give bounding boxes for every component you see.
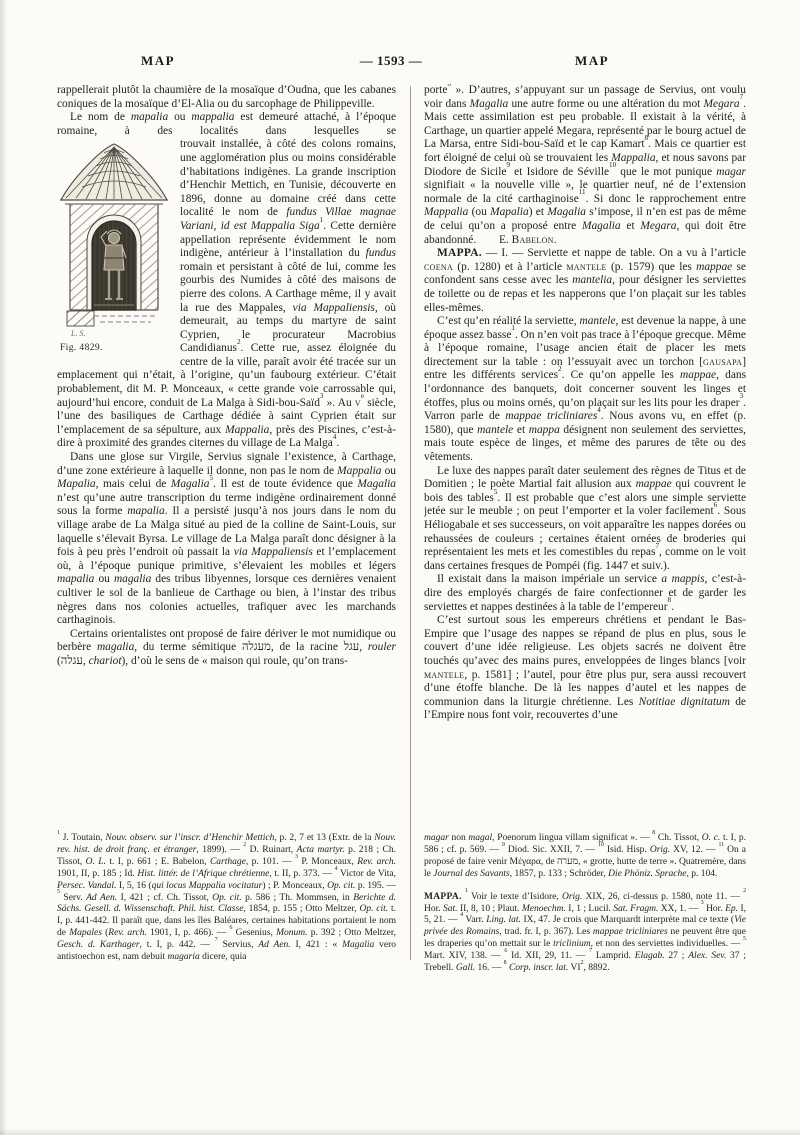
hut-engraving-illustration: L. S. xyxy=(57,141,171,338)
figure-4829: L. S. Fig. 4829. xyxy=(57,141,171,354)
paragraph-continuation-oudna: rappellerait plutôt la chaumière de la m… xyxy=(57,84,396,111)
footnotes-mappa-block: MAPPA. 1 Voir le texte d’Isidore, Orig. … xyxy=(424,892,746,975)
paragraph-mapalia-lead: Le nom de mapalia ou mappalia est demeur… xyxy=(57,111,396,138)
right-column: porte6 ». D’autres, s’appuyant sur un pa… xyxy=(424,84,746,832)
paragraph-orientalistes: Certains orientalistes ont proposé de fa… xyxy=(57,628,396,669)
left-column: rappellerait plutôt la chaumière de la m… xyxy=(57,84,396,832)
column-divider-rule xyxy=(410,86,411,960)
figure-caption: Fig. 4829. xyxy=(57,342,171,354)
footnotes-right: magar non magal, Poenorum lingua villam … xyxy=(424,833,746,975)
paragraph-servius-glose: Dans une glose sur Virgile, Servius sign… xyxy=(57,451,396,628)
footnotes-map-continuation: magar non magal, Poenorum lingua villam … xyxy=(424,833,746,881)
running-header: MAP — 1593 — MAP xyxy=(0,53,800,69)
paragraph-continuation-porte: porte6 ». D’autres, s’appuyant sur un pa… xyxy=(424,84,746,247)
scanned-page: MAP — 1593 — MAP rappellerait plutôt la … xyxy=(0,0,800,1135)
ground-and-block xyxy=(67,311,157,326)
header-keyword-right: MAP xyxy=(575,53,609,69)
paragraph-mappa-entry: MAPPA. — I. — Serviette et nappe de tabl… xyxy=(424,247,746,315)
footnotes-map-block: 1 J. Toutain, Nouv. observ. sur l’inscr.… xyxy=(57,833,396,964)
paragraph-empereurs-chretiens: C’est surtout sous les empereurs chrétie… xyxy=(424,614,746,723)
hut-roof xyxy=(60,144,168,204)
engraver-signature: L. S. xyxy=(70,329,85,338)
header-keyword-left: MAP xyxy=(141,53,175,69)
paragraph-serviette-histoire: C’est qu’en réalité la serviette, mantel… xyxy=(424,315,746,465)
paragraph-mapalia-body: L. S. Fig. 4829. trouvait installée, à c… xyxy=(57,138,396,451)
page-number: — 1593 — xyxy=(310,53,472,69)
paragraph-service-a-mappis: Il existait dans la maison impériale un … xyxy=(424,573,746,614)
paragraph-luxe-des-nappes: Le luxe des nappes paraît dater seulemen… xyxy=(424,465,746,574)
footnotes-left: 1 J. Toutain, Nouv. observ. sur l’inscr.… xyxy=(57,833,396,964)
